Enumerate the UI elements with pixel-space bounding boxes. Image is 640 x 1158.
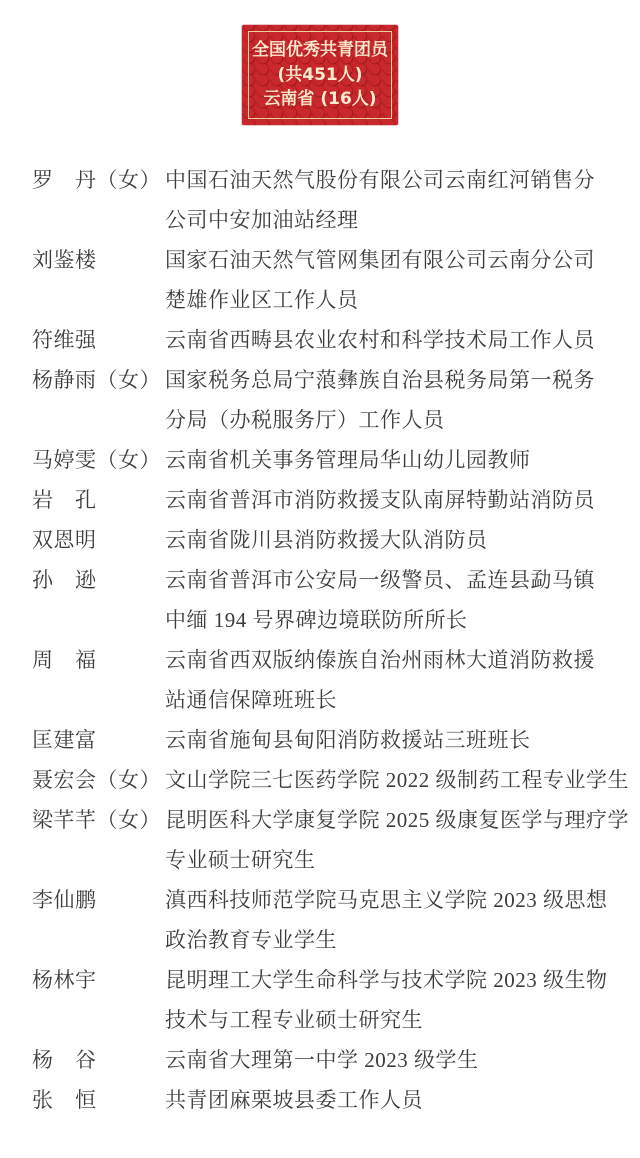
awardee-description: 云南省西双版纳傣族自治州雨林大道消防救援 站通信保障班班长 xyxy=(165,640,632,720)
list-item: 符维强云南省西畴县农业农村和科学技术局工作人员 xyxy=(32,320,632,360)
awardee-name: 匡建富 xyxy=(32,720,165,760)
badge-total-count: (共451人) xyxy=(277,63,362,88)
awardee-description: 云南省西畴县农业农村和科学技术局工作人员 xyxy=(165,320,632,360)
awardee-description: 云南省普洱市公安局一级警员、孟连县勐马镇 中缅 194 号界碑边境联防所所长 xyxy=(165,560,632,640)
awardee-name: 符维强 xyxy=(32,320,165,360)
awardee-name: 马婷雯（女） xyxy=(32,440,165,480)
awardee-description: 中国石油天然气股份有限公司云南红河销售分 公司中安加油站经理 xyxy=(165,160,632,240)
awardee-name: 杨林宇 xyxy=(32,960,165,1000)
list-item: 梁芊芊（女）昆明医科大学康复学院 2025 级康复医学与理疗学 专业硕士研究生 xyxy=(32,800,632,880)
list-item: 匡建富云南省施甸县甸阳消防救援站三班班长 xyxy=(32,720,632,760)
awardee-name: 张 恒 xyxy=(32,1080,165,1120)
awardee-description: 国家税务总局宁蒗彝族自治县税务局第一税务 分局（办税服务厅）工作人员 xyxy=(165,360,632,440)
awardee-name: 罗 丹（女） xyxy=(32,160,165,200)
awardee-description: 国家石油天然气管网集团有限公司云南分公司 楚雄作业区工作人员 xyxy=(165,240,632,320)
awardee-name: 周 福 xyxy=(32,640,165,680)
awardee-description: 云南省施甸县甸阳消防救援站三班班长 xyxy=(165,720,632,760)
award-badge-text: 全国优秀共青团员 (共451人) 云南省 (16人) xyxy=(250,33,390,117)
list-item: 罗 丹（女）中国石油天然气股份有限公司云南红河销售分 公司中安加油站经理 xyxy=(32,160,632,240)
list-item: 马婷雯（女）云南省机关事务管理局华山幼儿园教师 xyxy=(32,440,632,480)
list-item: 聂宏会（女）文山学院三七医药学院 2022 级制药工程专业学生 xyxy=(32,760,632,800)
badge-title: 全国优秀共青团员 xyxy=(252,38,388,63)
award-badge: 全国优秀共青团员 (共451人) 云南省 (16人) xyxy=(242,25,398,125)
list-item: 刘鉴楼国家石油天然气管网集团有限公司云南分公司 楚雄作业区工作人员 xyxy=(32,240,632,320)
awardee-name: 梁芊芊（女） xyxy=(32,800,165,840)
list-item: 张 恒共青团麻栗坡县委工作人员 xyxy=(32,1080,632,1120)
document-page: 全国优秀共青团员 (共451人) 云南省 (16人) 罗 丹（女）中国石油天然气… xyxy=(0,0,640,1158)
awardee-name: 双恩明 xyxy=(32,520,165,560)
list-item: 孙 逊云南省普洱市公安局一级警员、孟连县勐马镇 中缅 194 号界碑边境联防所所… xyxy=(32,560,632,640)
awardee-description: 昆明医科大学康复学院 2025 级康复医学与理疗学 专业硕士研究生 xyxy=(165,800,632,880)
awardee-description: 昆明理工大学生命科学与技术学院 2023 级生物 技术与工程专业硕士研究生 xyxy=(165,960,632,1040)
badge-province-count: 云南省 (16人) xyxy=(263,87,376,112)
awardee-description: 文山学院三七医药学院 2022 级制药工程专业学生 xyxy=(165,760,632,800)
list-item: 杨 谷云南省大理第一中学 2023 级学生 xyxy=(32,1040,632,1080)
awardee-name: 聂宏会（女） xyxy=(32,760,165,800)
awardee-description: 云南省大理第一中学 2023 级学生 xyxy=(165,1040,632,1080)
list-item: 岩 孔云南省普洱市消防救援支队南屏特勤站消防员 xyxy=(32,480,632,520)
list-item: 周 福云南省西双版纳傣族自治州雨林大道消防救援 站通信保障班班长 xyxy=(32,640,632,720)
awardee-name: 刘鉴楼 xyxy=(32,240,165,280)
awardee-description: 滇西科技师范学院马克思主义学院 2023 级思想 政治教育专业学生 xyxy=(165,880,632,960)
awardee-name: 杨 谷 xyxy=(32,1040,165,1080)
awardee-name: 孙 逊 xyxy=(32,560,165,600)
awardee-description: 共青团麻栗坡县委工作人员 xyxy=(165,1080,632,1120)
awardee-description: 云南省普洱市消防救援支队南屏特勤站消防员 xyxy=(165,480,632,520)
awardee-description: 云南省机关事务管理局华山幼儿园教师 xyxy=(165,440,632,480)
list-item: 杨林宇昆明理工大学生命科学与技术学院 2023 级生物 技术与工程专业硕士研究生 xyxy=(32,960,632,1040)
list-item: 李仙鹏滇西科技师范学院马克思主义学院 2023 级思想 政治教育专业学生 xyxy=(32,880,632,960)
awardee-name: 杨静雨（女） xyxy=(32,360,165,400)
list-item: 杨静雨（女）国家税务总局宁蒗彝族自治县税务局第一税务 分局（办税服务厅）工作人员 xyxy=(32,360,632,440)
awardee-list: 罗 丹（女）中国石油天然气股份有限公司云南红河销售分 公司中安加油站经理刘鉴楼国… xyxy=(32,160,632,1120)
awardee-description: 云南省陇川县消防救援大队消防员 xyxy=(165,520,632,560)
awardee-name: 李仙鹏 xyxy=(32,880,165,920)
awardee-name: 岩 孔 xyxy=(32,480,165,520)
list-item: 双恩明云南省陇川县消防救援大队消防员 xyxy=(32,520,632,560)
